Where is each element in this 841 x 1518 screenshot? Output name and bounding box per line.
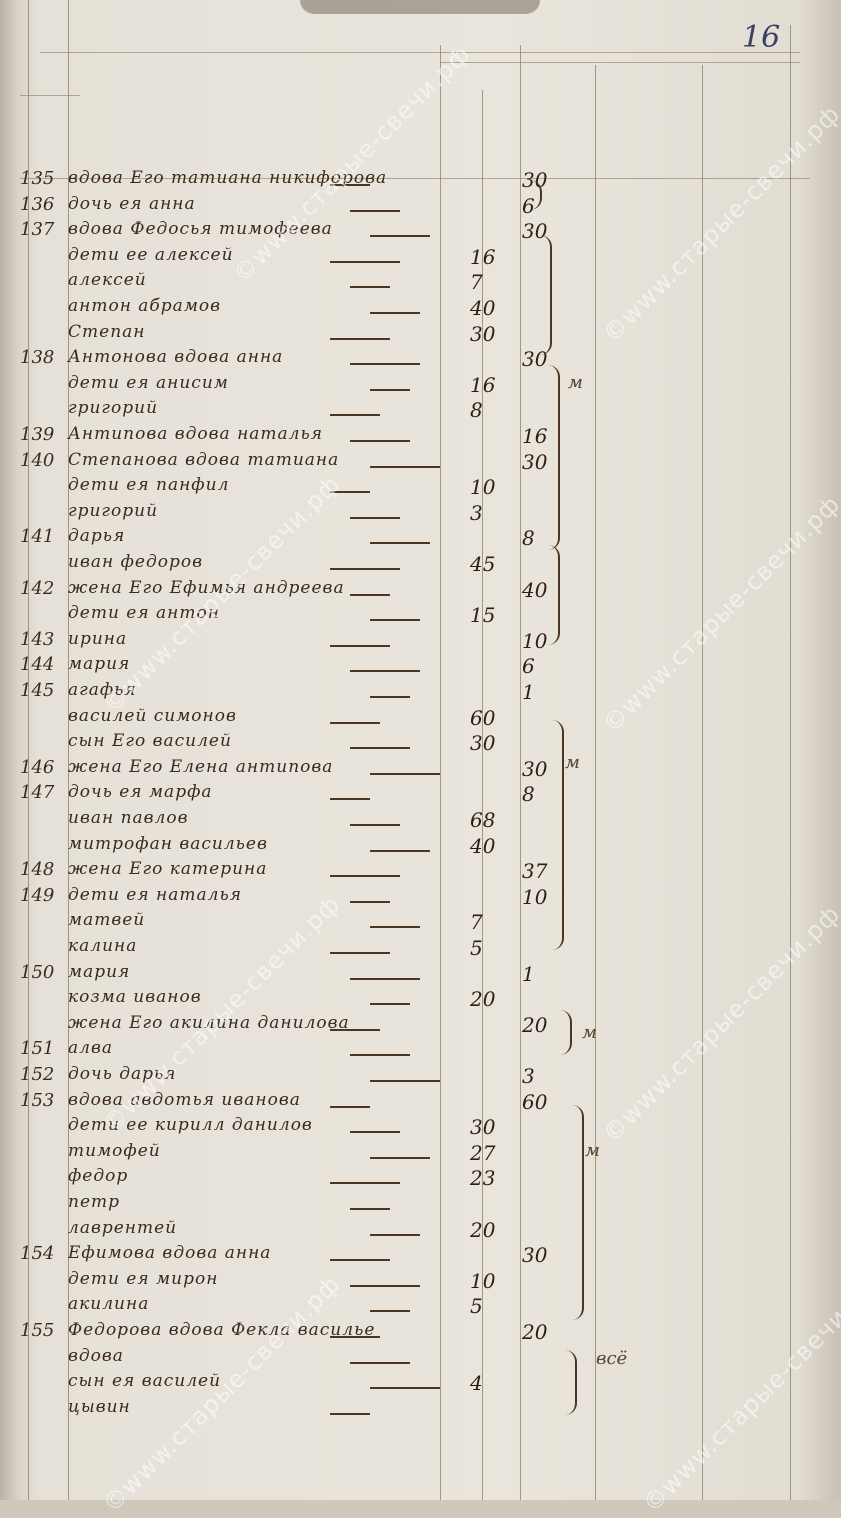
filler-dash [330, 1182, 400, 1184]
entry-name: мария [68, 962, 130, 982]
age-male: 10 [470, 1269, 495, 1293]
entry-name: козма иванов [68, 987, 202, 1007]
filler-dash [350, 670, 420, 672]
entry-name: акилина [68, 1294, 149, 1314]
age-female: 6 [522, 654, 535, 678]
filler-dash [350, 978, 420, 980]
entry-name: петр [68, 1192, 120, 1212]
age-male: 5 [470, 1294, 483, 1318]
filler-dash [350, 1131, 400, 1133]
age-female: 8 [522, 782, 535, 806]
age-male: 4 [470, 1371, 483, 1395]
margin-note: м [582, 1022, 597, 1043]
entry-number: 148 [20, 859, 54, 880]
age-female: 37 [522, 859, 547, 883]
filler-dash [330, 1259, 390, 1261]
entry-number: 141 [20, 526, 54, 547]
age-female: 10 [522, 629, 547, 653]
entry-name: вдова авдотья иванова [68, 1090, 301, 1110]
filler-dash [370, 389, 410, 391]
filler-dash [350, 517, 400, 519]
filler-dash [350, 210, 400, 212]
age-male: 20 [470, 987, 495, 1011]
entry-name: иван федоров [68, 552, 203, 572]
filler-dash [330, 261, 400, 263]
filler-dash [330, 645, 390, 647]
age-male: 20 [470, 1218, 495, 1242]
age-male: 16 [470, 245, 495, 269]
entry-name: алва [68, 1038, 113, 1058]
filler-dash [370, 1080, 440, 1082]
entry-name: дети ея панфил [68, 475, 229, 495]
brace [552, 720, 564, 950]
filler-dash [370, 1003, 410, 1005]
filler-dash [350, 901, 390, 903]
age-male: 40 [470, 834, 495, 858]
entry-name: митрофан васильев [68, 834, 268, 854]
entry-number: 149 [20, 885, 54, 906]
entry-name: дети ея анисим [68, 373, 229, 393]
filler-dash [350, 1054, 410, 1056]
entry-name: дочь ея анна [68, 194, 196, 214]
margin-note: всё [596, 1348, 627, 1369]
entry-name: Степан [68, 322, 145, 342]
entry-name: Антонова вдова анна [68, 347, 283, 367]
entry-number: 140 [20, 450, 54, 471]
age-male: 7 [470, 910, 483, 934]
age-male: 8 [470, 398, 483, 422]
margin-note: м [565, 752, 580, 773]
age-male: 16 [470, 373, 495, 397]
entry-number: 144 [20, 654, 54, 675]
filler-dash [330, 414, 380, 416]
entry-name: дочь ея марфа [68, 782, 213, 802]
filler-dash [330, 875, 400, 877]
filler-dash [330, 798, 370, 800]
age-female: 20 [522, 1013, 547, 1037]
age-male: 3 [470, 501, 483, 525]
age-male: 60 [470, 706, 495, 730]
entry-name: иван павлов [68, 808, 189, 828]
filler-dash [350, 747, 410, 749]
filler-dash [370, 235, 430, 237]
age-male: 5 [470, 936, 483, 960]
age-female: 60 [522, 1090, 547, 1114]
entry-name: Антипова вдова наталья [68, 424, 323, 444]
entry-name: калина [68, 936, 137, 956]
entry-name: федор [68, 1166, 128, 1186]
entry-number: 136 [20, 194, 54, 215]
age-female: 30 [522, 757, 547, 781]
filler-dash [370, 1157, 430, 1159]
age-male: 7 [470, 270, 483, 294]
age-female: 40 [522, 578, 547, 602]
entry-name: жена Его катерина [68, 859, 267, 879]
entry-name: ирина [68, 629, 127, 649]
entry-number: 139 [20, 424, 54, 445]
age-male: 23 [470, 1166, 495, 1190]
entry-number: 146 [20, 757, 54, 778]
entry-name: Ефимова вдова анна [68, 1243, 271, 1263]
age-female: 1 [522, 962, 535, 986]
entry-number: 147 [20, 782, 54, 803]
age-male: 68 [470, 808, 495, 832]
age-female: 8 [522, 526, 535, 550]
filler-dash [330, 568, 400, 570]
age-female: 3 [522, 1064, 535, 1088]
age-female: 10 [522, 885, 547, 909]
filler-dash [350, 594, 390, 596]
brace [540, 235, 552, 355]
age-female: 30 [522, 450, 547, 474]
entry-name: василей симонов [68, 706, 237, 726]
filler-dash [370, 1387, 440, 1389]
entry-name: дети ея мирон [68, 1269, 218, 1289]
age-male: 30 [470, 322, 495, 346]
age-female: 20 [522, 1320, 547, 1344]
entry-name: мария [68, 654, 130, 674]
age-male: 15 [470, 603, 495, 627]
filler-dash [370, 926, 420, 928]
header-rule [40, 52, 800, 53]
filler-dash [350, 1362, 410, 1364]
filler-dash [370, 619, 420, 621]
filler-dash [330, 1413, 370, 1415]
entry-name: матвей [68, 910, 145, 930]
entry-name: тимофей [68, 1141, 161, 1161]
binding-shadow [300, 0, 540, 14]
entry-name: сын ея василей [68, 1371, 221, 1391]
brace [548, 365, 560, 550]
entry-name: сын Его василей [68, 731, 232, 751]
filler-dash [350, 286, 390, 288]
age-female: 1 [522, 680, 535, 704]
filler-dash [370, 466, 440, 468]
brace [548, 545, 560, 645]
entry-number: 150 [20, 962, 54, 983]
entry-name: алексей [68, 270, 147, 290]
entry-name: антон абрамов [68, 296, 221, 316]
filler-dash [330, 722, 380, 724]
brace [560, 1010, 572, 1055]
age-female: 16 [522, 424, 547, 448]
entry-name: лаврентей [68, 1218, 177, 1238]
entry-name: григорий [68, 501, 158, 521]
filler-dash [370, 696, 410, 698]
age-male: 30 [470, 731, 495, 755]
header-rule [440, 62, 800, 63]
filler-dash [370, 1234, 420, 1236]
entry-number: 137 [20, 219, 54, 240]
entry-number: 151 [20, 1038, 54, 1059]
filler-dash [370, 312, 420, 314]
entry-number: 145 [20, 680, 54, 701]
filler-dash [330, 1106, 370, 1108]
age-male: 40 [470, 296, 495, 320]
age-male: 27 [470, 1141, 495, 1165]
entry-name: дарья [68, 526, 125, 546]
header-rule [20, 95, 80, 96]
filler-dash [370, 542, 430, 544]
margin-note: м [568, 372, 583, 393]
brace [572, 1105, 584, 1320]
filler-dash [370, 850, 430, 852]
entry-name: цывин [68, 1397, 131, 1417]
filler-dash [350, 1285, 420, 1287]
entry-number: 152 [20, 1064, 54, 1085]
page-number: 16 [742, 20, 780, 55]
brace [565, 1350, 577, 1415]
entry-number: 135 [20, 168, 54, 189]
filler-dash [350, 824, 400, 826]
filler-dash [330, 952, 390, 954]
filler-dash [350, 363, 420, 365]
filler-dash [350, 1208, 390, 1210]
filler-dash [350, 440, 410, 442]
ledger-page: 16 135вдова Его татиана никифорова30136д… [0, 0, 841, 1500]
age-female: 30 [522, 1243, 547, 1267]
filler-dash [330, 1336, 380, 1338]
entry-name: вдова [68, 1346, 124, 1366]
age-male: 10 [470, 475, 495, 499]
entry-number: 142 [20, 578, 54, 599]
filler-dash [330, 338, 390, 340]
filler-dash [370, 1310, 410, 1312]
entry-name: григорий [68, 398, 158, 418]
entry-number: 138 [20, 347, 54, 368]
entry-number: 154 [20, 1243, 54, 1264]
margin-note: м [585, 1140, 600, 1161]
age-male: 30 [470, 1115, 495, 1139]
entry-number: 143 [20, 629, 54, 650]
filler-dash [330, 1029, 380, 1031]
entry-name: Степанова вдова татиана [68, 450, 339, 470]
entry-number: 153 [20, 1090, 54, 1111]
entry-name: дети ее алексей [68, 245, 234, 265]
age-male: 45 [470, 552, 495, 576]
entry-name: дети ея наталья [68, 885, 242, 905]
entry-name: жена Его Елена антипова [68, 757, 333, 777]
entry-number: 155 [20, 1320, 54, 1341]
filler-dash [370, 773, 440, 775]
